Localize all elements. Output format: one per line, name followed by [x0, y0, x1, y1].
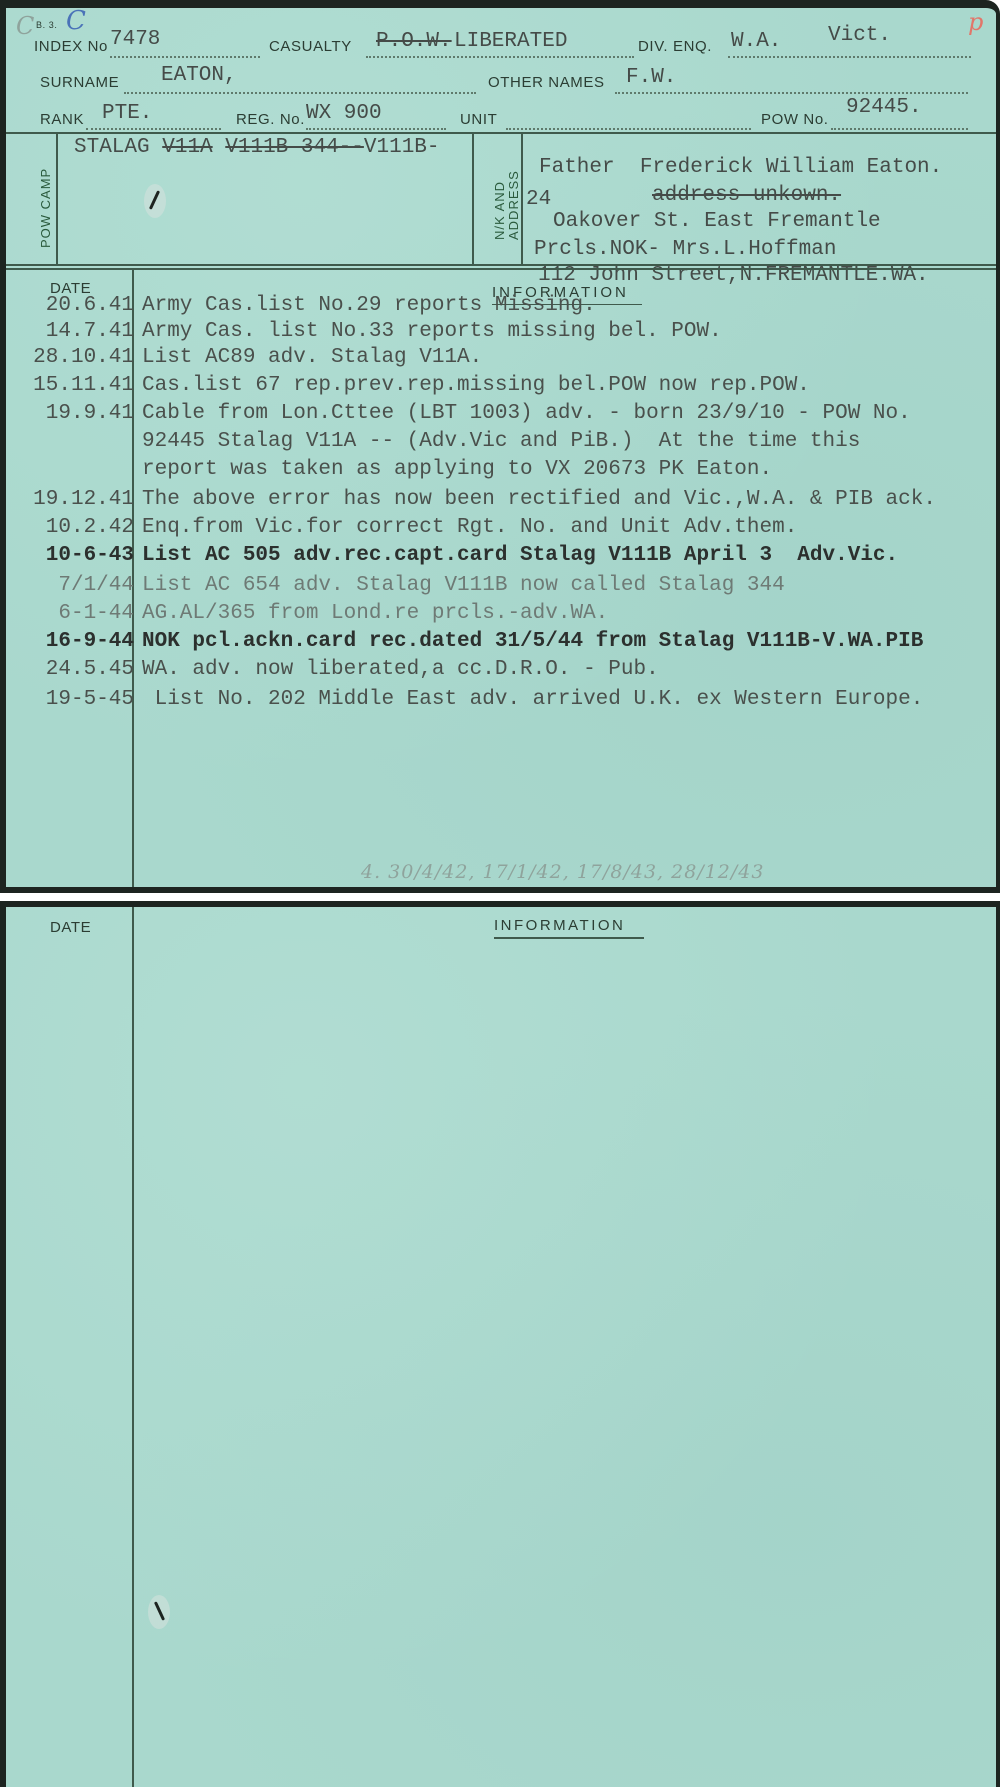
back-date-column-header: DATE: [50, 919, 91, 936]
log-entry-date: 6-1-44: [4, 602, 134, 625]
staple-mark: [148, 1595, 170, 1629]
log-entry: 19.9.41Cable from Lon.Cttee (LBT 1003) a…: [6, 402, 996, 428]
log-entry: 28.10.41List AC89 adv. Stalag V11A.: [6, 346, 996, 372]
index-no-value: 7478: [110, 28, 160, 51]
log-entry-text: List AC 654 adv. Stalag V111B now called…: [142, 574, 785, 597]
log-entry-date: 28.10.41: [4, 346, 134, 369]
nok-label-line1: N/K AND: [492, 181, 507, 240]
log-entry-text: Army Cas. list No.33 reports missing bel…: [142, 320, 722, 343]
log-entry-text: List AC 505 adv.rec.capt.card Stalag V11…: [142, 544, 898, 567]
pencil-note: 4. 30/4/42, 17/1/42, 17/8/43, 28/12/43: [361, 861, 764, 883]
log-entry-date: 24.5.45: [4, 658, 134, 681]
log-entry: 19-5-45 List No. 202 Middle East adv. ar…: [6, 688, 996, 714]
index-card-front: C B. 3. C p INDEX No 7478 CASUALTY P.O.W…: [0, 0, 1000, 893]
casualty-value: LIBERATED: [454, 30, 567, 53]
log-entry-date: 15.11.41: [4, 374, 134, 397]
log-entry-date: 19-5-45: [4, 688, 134, 711]
nok-label-line2: ADDRESS: [506, 170, 521, 240]
reg-no-value: WX 900: [306, 102, 382, 125]
nok-line-5: Prcls.NOK- Mrs.L.Hoffman: [534, 238, 836, 261]
log-entry: 10-6-43List AC 505 adv.rec.capt.card Sta…: [6, 544, 996, 570]
index-card-back: DATE INFORMATION: [0, 901, 1000, 1787]
log-entry-date: 19.12.41: [4, 488, 134, 511]
log-entry-text: Army Cas.list No.29 reports Missing.: [142, 294, 596, 317]
blue-ink-mark: C: [66, 6, 86, 36]
log-entry: report was taken as applying to VX 20673…: [6, 458, 996, 484]
div-enq-value: W.A.: [731, 30, 781, 53]
staple-mark: [144, 184, 166, 218]
form-code: B. 3.: [36, 20, 58, 30]
log-entry: 7/1/44List AC 654 adv. Stalag V111B now …: [6, 574, 996, 600]
pow-camp-label: POW CAMP: [38, 168, 53, 248]
red-ink-mark: p: [968, 8, 983, 36]
log-entry-date: 10.2.42: [4, 516, 134, 539]
rank-label: RANK: [40, 111, 84, 128]
log-entry: 20.6.41Army Cas.list No.29 reports Missi…: [6, 294, 996, 320]
log-entry: 92445 Stalag V11A -- (Adv.Vic and PiB.) …: [6, 430, 996, 456]
casualty-label: CASUALTY: [269, 38, 352, 55]
pow-no-label: POW No.: [761, 111, 829, 128]
log-entry-text: Cas.list 67 rep.prev.rep.missing bel.POW…: [142, 374, 810, 397]
pencil-mark: C: [16, 12, 35, 40]
reg-no-label: REG. No.: [236, 111, 305, 128]
casualty-struck-value: P.O.W.: [376, 30, 452, 53]
log-entry: 10.2.42Enq.from Vic.for correct Rgt. No.…: [6, 516, 996, 542]
log-entry-text: AG.AL/365 from Lond.re prcls.-adv.WA.: [142, 602, 608, 625]
surname-label: SURNAME: [40, 74, 119, 91]
log-entry-date: 16-9-44: [4, 630, 134, 653]
nok-line-4: Oakover St. East Fremantle: [553, 210, 881, 233]
pow-camp-value: STALAG V11A V111B 344--V111B-: [74, 136, 440, 159]
unit-label: UNIT: [460, 111, 497, 128]
log-entry-text: Enq.from Vic.for correct Rgt. No. and Un…: [142, 516, 797, 539]
log-entry-date: 19.9.41: [4, 402, 134, 425]
log-entry-text: 92445 Stalag V11A -- (Adv.Vic and PiB.) …: [142, 430, 860, 453]
pow-no-value: 92445.: [846, 96, 922, 119]
div-enq-extra: Vict.: [828, 24, 891, 47]
other-names-label: OTHER NAMES: [488, 74, 605, 91]
log-entry-text: Cable from Lon.Cttee (LBT 1003) adv. - b…: [142, 402, 911, 425]
log-entry-text: List No. 202 Middle East adv. arrived U.…: [142, 688, 923, 711]
log-entry: 15.11.41Cas.list 67 rep.prev.rep.missing…: [6, 374, 996, 400]
other-names-value: F.W.: [626, 66, 676, 89]
log-entry: 6-1-44AG.AL/365 from Lond.re prcls.-adv.…: [6, 602, 996, 628]
log-entry-date: 20.6.41: [4, 294, 134, 317]
nok-line-2: address unkown.: [652, 184, 841, 207]
nok-line-1: Father Frederick William Eaton.: [539, 156, 942, 179]
log-entry-date: 10-6-43: [4, 544, 134, 567]
rank-value: PTE.: [102, 102, 152, 125]
log-entry-date: 7/1/44: [4, 574, 134, 597]
log-entry: 19.12.41The above error has now been rec…: [6, 488, 996, 514]
nok-line-3: 24: [526, 188, 551, 211]
surname-value: EATON,: [161, 64, 237, 87]
log-entry-text: NOK pcl.ackn.card rec.dated 31/5/44 from…: [142, 630, 923, 653]
div-enq-label: DIV. ENQ.: [638, 38, 712, 55]
log-entry-text: The above error has now been rectified a…: [142, 488, 936, 511]
log-entry-text: report was taken as applying to VX 20673…: [142, 458, 772, 481]
log-entry-text: List AC89 adv. Stalag V11A.: [142, 346, 482, 369]
index-no-label: INDEX No: [34, 38, 108, 55]
log-entry: 14.7.41Army Cas. list No.33 reports miss…: [6, 320, 996, 346]
log-entry-text: WA. adv. now liberated,a cc.D.R.O. - Pub…: [142, 658, 659, 681]
back-information-column-header: INFORMATION: [494, 917, 625, 934]
log-entry-date: 14.7.41: [4, 320, 134, 343]
log-entry: 16-9-44NOK pcl.ackn.card rec.dated 31/5/…: [6, 630, 996, 656]
log-entry: 24.5.45WA. adv. now liberated,a cc.D.R.O…: [6, 658, 996, 684]
